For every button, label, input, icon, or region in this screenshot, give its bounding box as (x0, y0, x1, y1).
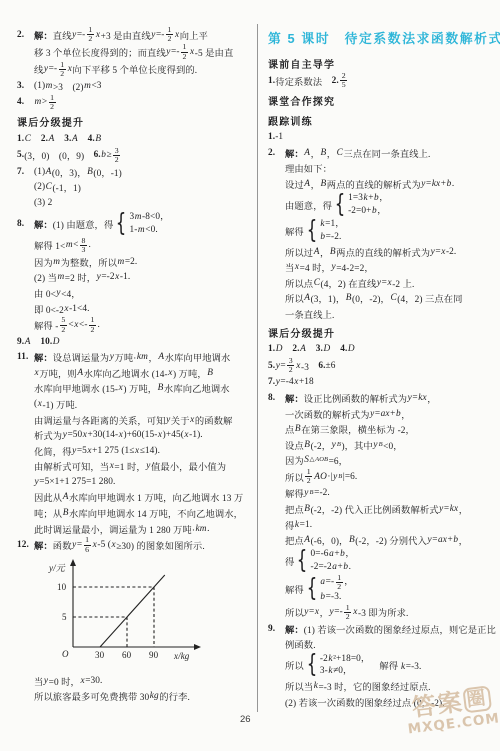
fraction: 52 (60, 316, 67, 333)
x-tick-30: 30 (95, 650, 105, 660)
math-variable: y (96, 272, 101, 282)
math-variable: B (320, 148, 327, 158)
math-variable: x (168, 368, 173, 378)
math-variable: b (343, 561, 349, 574)
math-variable: A (45, 167, 52, 177)
system-row: -2=-2a+b. (311, 561, 355, 574)
text-line: 所以旅客最多可免费携带 30 kg 的行李. (17, 688, 254, 704)
text-line: 9.解：(1) 若该一次函数的图象经过原点，则它是正比 (268, 621, 496, 637)
y-tick-5: 5 (62, 612, 67, 622)
math-variable: m (84, 81, 92, 91)
text-line: 3.(1) m>3 (2) m<3 (17, 78, 254, 94)
text-line: 因此从 A 水库向甲地调水 1 万吨，向乙地调水 13 万 (17, 490, 254, 506)
text-line: 化简，得 y=5x+1 275 (1≤x≤14). (17, 443, 254, 459)
bold-text: 2. (41, 134, 48, 144)
text-line: (2) 当 m=2 时，y=-2x-1. (17, 270, 254, 286)
math-variable: b (101, 150, 107, 160)
item-number: 9. (268, 624, 285, 634)
math-variable: ax (438, 535, 448, 545)
math-variable: B (378, 441, 383, 448)
math-variable: k (328, 653, 333, 666)
watermark-brand-badge: 圈 (462, 685, 492, 713)
system-prefix: 由题意，得 (285, 198, 332, 212)
system-row: -2=0+b， (348, 205, 389, 218)
system-row: a=-12， (320, 574, 354, 591)
item-number: 2. (268, 148, 285, 158)
fraction: 12 (181, 43, 188, 60)
math-variable: AO (314, 472, 328, 482)
item-number: 7. (17, 167, 34, 177)
math-variable: m (34, 97, 42, 107)
math-variable: y (43, 64, 48, 74)
math-variable: m (53, 257, 61, 267)
section-heading: 课后分级提升 (17, 113, 254, 131)
fraction: 12 (166, 26, 173, 43)
math-variable: k (313, 681, 318, 691)
bold-text: 解： (285, 622, 304, 636)
math-variable: C (336, 148, 343, 158)
math-variable: kx (449, 504, 458, 514)
math-variable: y (427, 535, 432, 545)
math-variable: k (401, 662, 406, 672)
text-line: 7. y=-4x+18 (268, 375, 496, 391)
x-tick-60: 60 (122, 650, 132, 660)
text-line: 解得 -52<x<-12. (17, 316, 254, 333)
math-variable: A (304, 293, 311, 303)
text-line: 11.解：设总调运量为 y 万吨·km，A 水库向甲地调水 (17, 349, 254, 365)
text-line: 所以 12AO·|yB|=6. (268, 468, 496, 485)
text-line: 1. D 2. A 3. D 4. D (268, 342, 496, 358)
watermark-logo: 答案圈 MXQE.COM (403, 685, 500, 738)
math-variable: y (146, 461, 151, 471)
math-variable: D (323, 344, 331, 354)
math-variable: B (309, 489, 314, 496)
system-row: b=-3. (320, 591, 354, 604)
text-line: 由解析式可知，当 x=1 时，y 值最小，最小值为 (17, 459, 254, 475)
math-variable: y (43, 676, 48, 686)
page-number: 26 (240, 714, 251, 725)
math-variable: x (80, 676, 85, 686)
text-line: 2.解：直线 y=-12x+3 是由直线 y=-12x 向上平 (17, 26, 254, 43)
bold-text: 1. (268, 76, 275, 86)
math-variable: kx (431, 179, 440, 189)
math-variable: D (347, 344, 355, 354)
math-variable: A (48, 134, 55, 144)
math-variable: C (390, 293, 397, 303)
math-variable: m (137, 224, 145, 237)
system-brace: { (335, 192, 346, 217)
system-prefix: 得 (285, 554, 294, 568)
fraction: 32 (113, 147, 120, 164)
math-variable: A (24, 337, 31, 347)
math-variable: m (57, 272, 65, 282)
math-variable: D (275, 344, 283, 354)
text-line: 此时调运量最小，调运量为 1 280 万吨·km. (17, 521, 254, 537)
math-variable: x (37, 399, 42, 409)
math-variable: x (184, 430, 189, 440)
math-variable: A (71, 134, 78, 144)
math-variable: y (331, 262, 336, 272)
column-divider (257, 24, 258, 712)
math-variable: A (304, 148, 311, 158)
system-rows: a=-12，b=-3. (320, 574, 354, 604)
math-variable: x (111, 540, 116, 550)
bold-text: 解： (34, 350, 53, 364)
system-row: 3-k≠0， (320, 665, 370, 678)
text-line: 7.(1) A (0，3)，B (0，-1) (17, 164, 254, 180)
math-variable: B (62, 508, 69, 518)
equation-system: 8.解：(1) 由题意，得 {3m-8<0，1-m<0. (17, 211, 254, 237)
math-variable: y (421, 179, 426, 189)
y-axis-arrow-icon (70, 559, 76, 566)
math-variable: y (439, 504, 444, 514)
math-variable: b (395, 409, 401, 419)
math-variable: y (62, 430, 67, 440)
section-heading: 跟踪训练 (268, 111, 496, 129)
math-variable: x (115, 272, 120, 282)
math-variable: x (441, 247, 446, 257)
system-prefix: 解得 (285, 582, 304, 596)
text-line: (2) C (-1，1) (17, 180, 254, 196)
system-brace: { (307, 576, 318, 601)
math-variable: x (294, 262, 299, 272)
math-variable: m (117, 257, 125, 267)
math-variable: a (329, 548, 335, 561)
text-line: 即 0<-2x-1<4. (17, 301, 254, 317)
math-variable: k (320, 218, 325, 231)
text-line: x 万吨，则 A 水库向乙地调水 (14-x) 万吨，B (17, 365, 254, 381)
math-variable: A (313, 247, 320, 257)
math-variable: y (370, 409, 375, 419)
bold-text: 9. (17, 337, 24, 347)
math-variable: A (300, 344, 307, 354)
text-line: 设点 B (-2，yB)，其中 yB<0， (268, 437, 496, 453)
math-variable: b (453, 535, 459, 545)
section-heading: 课堂合作探究 (268, 91, 496, 109)
bold-text: 解： (34, 28, 53, 42)
section-heading: 课前自主导学 (268, 54, 496, 72)
text-line: 点 B 在第三象限，横坐标为 -2， (268, 421, 496, 437)
math-variable: x (118, 383, 123, 393)
bold-text: 7. (268, 377, 275, 387)
math-variable: x (387, 278, 392, 288)
math-variable: y (166, 415, 171, 425)
section-heading: 课后分级提升 (268, 324, 496, 342)
text-line: 所以 y=x，y=-12x-3 即为所求. (268, 604, 496, 621)
math-variable: y (72, 540, 77, 550)
fraction: 32 (287, 357, 294, 374)
math-variable: b (372, 205, 378, 218)
math-variable: x (157, 430, 162, 440)
item-number: 8. (268, 393, 285, 403)
math-variable: b (374, 192, 380, 205)
math-variable: x (118, 430, 123, 440)
text-line: 12.解：函数 y=16x-5 (x≥30) 的图象如图所示. (17, 536, 254, 553)
math-variable: y (275, 361, 280, 371)
equation-system: 得 {0=-6a+b，-2=-2a+b. (268, 548, 496, 574)
math-variable: y (56, 288, 61, 298)
text-line: 理由如下： (268, 161, 496, 177)
math-variable: k (328, 665, 333, 678)
math-variable: y (329, 607, 334, 617)
math-variable: AOB (315, 456, 329, 463)
text-line: 所以点 C (4，2) 在直线 y=x-2 上. (268, 275, 496, 291)
right-column: 第 5 课时 待定系数法求函数解析式 课前自主导学1. 待定系数法 2. 25课… (268, 26, 496, 709)
math-variable: y (72, 30, 77, 40)
math-variable: C (24, 134, 31, 144)
text-line: 所以过 A，B 两点的直线的解析式为 y=x-2. (268, 244, 496, 260)
text-line: 例函数. (268, 637, 496, 653)
x-axis-label: x/kg (173, 651, 190, 661)
math-variable: x (92, 540, 97, 550)
text-line: 析式为 y=50x+30(14-x)+60(15-x)+45(x-1). (17, 427, 254, 443)
system-row: 0=-6a+b， (311, 548, 355, 561)
bold-text: 解： (34, 538, 53, 552)
text-line: 解得 1<m<83. (17, 237, 254, 254)
left-column: 2.解：直线 y=-12x+3 是由直线 y=-12x 向上平移 3 个单位长度… (17, 26, 254, 704)
system-prefix: 所以 (285, 658, 304, 672)
math-variable: x (296, 361, 301, 371)
math-variable: C (313, 278, 320, 288)
math-variable: y (34, 477, 39, 487)
bold-text: 3. (316, 344, 323, 354)
math-variable: a (332, 561, 338, 574)
fraction: 12 (87, 26, 94, 43)
equation-system: 所以 {-2k²+18=0，3-k≠0，解得 k=-3. (268, 652, 496, 678)
math-variable: B (207, 368, 214, 378)
math-variable: x (314, 607, 319, 617)
text-line: 一次函数的解析式为 y=ax+b， (268, 406, 496, 422)
math-variable: A (304, 179, 311, 189)
system-row: 1-m<0. (129, 224, 169, 237)
text-line: 5. y=32x-3 6. ±6 (268, 357, 496, 374)
bold-text: 3. (64, 134, 71, 144)
system-suffix: 解得 k=-3. (379, 658, 421, 672)
workbook-page: 2.解：直线 y=-12x+3 是由直线 y=-12x 向上平移 3 个单位长度… (0, 0, 500, 751)
math-variable: B (345, 293, 352, 303)
text-line: y=5×1+1 275=1 280. (17, 474, 254, 490)
text-line: 一条直线上. (268, 306, 496, 322)
bold-text: 2. (292, 344, 299, 354)
text-line: 设过 A，B 两点的直线的解析式为 y=kx+b. (268, 176, 496, 192)
math-variable: y (430, 247, 435, 257)
math-variable: A (304, 535, 311, 545)
bold-text: 5. (268, 361, 275, 371)
system-brace: { (307, 653, 318, 678)
math-variable: y (376, 278, 381, 288)
fraction: 12 (336, 574, 343, 591)
math-variable: y (407, 393, 412, 403)
math-variable: x (64, 304, 69, 314)
math-variable: y (275, 377, 280, 387)
bold-text: 解： (34, 221, 53, 231)
math-variable: B (304, 504, 311, 514)
math-variable: x (353, 607, 358, 617)
math-variable: b (320, 231, 326, 244)
item-number: 4. (17, 97, 34, 107)
math-variable: C (45, 182, 52, 192)
fraction: 12 (89, 316, 96, 333)
math-variable: x (87, 446, 92, 456)
system-row: 3m-8<0， (129, 211, 169, 224)
math-variable: y (72, 446, 77, 456)
bold-text: 4. (88, 134, 95, 144)
item-number: 8. (17, 219, 34, 229)
subscript: B (378, 442, 383, 449)
fraction: 25 (340, 72, 347, 89)
math-variable: A (62, 492, 69, 502)
system-rows: k=1，b=-2. (320, 218, 345, 243)
fraction: 12 (344, 604, 351, 621)
math-variable: B (320, 179, 327, 189)
text-line: 由 0<y<4， (17, 285, 254, 301)
math-variable: y (304, 607, 309, 617)
math-variable: m (65, 240, 73, 250)
math-variable: km (136, 352, 148, 362)
bold-text: 解： (285, 391, 304, 405)
text-line: 1. -1 (268, 129, 496, 145)
subscript: B (338, 474, 343, 481)
subscript: △AOB (310, 457, 329, 464)
math-variable: kx (418, 393, 427, 403)
math-variable: x (190, 47, 195, 57)
right-column-lines: 课前自主导学1. 待定系数法 2. 25课堂合作探究跟踪训练1. -12.解：A… (268, 54, 496, 709)
system-brace: { (116, 211, 127, 236)
math-variable: x (175, 30, 180, 40)
text-line: 1. 待定系数法 2. 25 (268, 72, 496, 89)
item-number: 3. (17, 81, 34, 91)
system-prefix: 解得 (285, 224, 304, 238)
text-line: 因为 m 为整数，所以 m=2. (17, 254, 254, 270)
math-variable: B (294, 424, 301, 434)
math-variable: B (338, 473, 343, 480)
system-rows: 0=-6a+b，-2=-2a+b. (311, 548, 355, 573)
math-variable: x (109, 461, 114, 471)
math-variable: x (190, 415, 195, 425)
math-variable: k (363, 192, 368, 205)
bold-text: 解： (285, 146, 304, 160)
bold-text: 1. (268, 132, 275, 142)
equation-system: 解得 {a=-12，b=-3. (268, 574, 496, 604)
text-line: 4.m>12 (17, 94, 254, 111)
y-tick-10: 10 (57, 582, 67, 592)
bold-text: 6. (318, 361, 325, 371)
text-line: 9. A 10. D (17, 334, 254, 350)
text-line: 所以 A (3，1)，B (0，-2)，C (4，2) 三点在同 (268, 291, 496, 307)
system-row: b=-2. (320, 231, 345, 244)
math-variable: A (77, 368, 84, 378)
text-line: 吨；从 B 水库向甲地调水 14 万吨，不向乙地调水， (17, 505, 254, 521)
math-variable: a (320, 576, 326, 589)
math-variable: y (109, 352, 114, 362)
system-prefix: 解：(1) 由题意，得 (34, 217, 113, 231)
system-rows: 3m-8<0，1-m<0. (129, 211, 169, 236)
math-variable: m (134, 211, 142, 224)
equation-system: 由题意，得 {1=3k+b，-2=0+b， (268, 192, 496, 218)
math-variable: x (294, 377, 299, 387)
text-line: 当 x=4 时，y=4-2=2， (268, 259, 496, 275)
math-variable: x (34, 368, 39, 378)
function-line (100, 575, 165, 647)
math-variable: x (95, 30, 100, 40)
math-variable: m (45, 81, 53, 91)
math-variable: b (340, 548, 346, 561)
bold-text: 10. (40, 337, 52, 347)
fraction: 83 (80, 237, 87, 254)
text-line: 因为 S△AOB=6， (268, 453, 496, 469)
text-line: 5. (3，0) (0，9) 6. b≥32 (17, 147, 254, 164)
text-line: (3) 2 (17, 195, 254, 211)
item-number: 11. (17, 352, 34, 362)
system-row: k=1， (320, 218, 345, 231)
bold-text: 1. (17, 134, 24, 144)
math-variable: x (67, 64, 72, 74)
math-variable: B (348, 535, 355, 545)
text-line: 2.解：A，B，C 三点在同一条直线上. (268, 145, 496, 161)
math-variable: x (135, 446, 140, 456)
x-tick-90: 90 (149, 650, 159, 660)
text-line: 把点 B (-2，-2) 代入正比例函数解析式 y=kx， (268, 501, 496, 517)
math-variable: y (151, 30, 156, 40)
fraction: 12 (59, 61, 66, 78)
bold-text: 5. (17, 150, 24, 160)
math-variable: B (157, 383, 164, 393)
item-number: 2. (17, 30, 34, 40)
y-axis-label: y/元 (48, 563, 66, 573)
math-variable: b (320, 591, 326, 604)
text-line: 线 y=-12x 向下平移 5 个单位长度得到的. (17, 61, 254, 78)
fare-chart-svg: y/元105O306090x/kg (43, 557, 221, 669)
math-variable: b (446, 179, 452, 189)
x-axis-arrow-icon (194, 644, 201, 650)
system-brace: { (307, 218, 318, 243)
math-variable: B (95, 134, 102, 144)
fraction: 16 (84, 536, 91, 553)
bold-text: 6. (94, 150, 101, 160)
subscript: B (336, 442, 341, 449)
text-line: 8.解：设正比例函数的解析式为 y=kx， (268, 390, 496, 406)
equation-system: 解得 {k=1，b=-2. (268, 218, 496, 244)
math-variable: y (166, 47, 171, 57)
fraction: 12 (49, 94, 56, 111)
text-line: 移 3 个单位长度得到的；而直线 y=-12x-5 是由直 (17, 43, 254, 60)
system-brace: { (297, 548, 308, 573)
math-variable: x (74, 320, 79, 330)
bold-text: 1. (268, 344, 275, 354)
origin-label: O (62, 649, 69, 659)
lesson-title: 第 5 课时 待定系数法求函数解析式 (268, 28, 496, 47)
math-variable: D (52, 337, 60, 347)
math-variable: B (329, 247, 336, 257)
text-line: 解得 yB=-2. (268, 486, 496, 502)
text-line: 当 y=0 时，x=30. (17, 673, 254, 689)
system-row: -2k²+18=0， (320, 653, 370, 666)
system-row: 1=3k+b， (348, 192, 389, 205)
text-line: 1. C 2. A 3. A 4. B (17, 131, 254, 147)
system-rows: 1=3k+b，-2=0+b， (348, 192, 389, 217)
system-rows: -2k²+18=0，3-k≠0， (320, 653, 370, 678)
text-line: 水库向甲地调水 (15-x) 万吨，B 水库向乙地调水 (17, 381, 254, 397)
math-variable: A (158, 352, 165, 362)
math-variable: B (336, 441, 341, 448)
subscript: B (309, 490, 314, 497)
fare-line-chart: y/元105O306090x/kg (43, 557, 254, 672)
math-variable: B (87, 167, 94, 177)
math-variable: ax (380, 409, 390, 419)
text-line: 得 k=1. (268, 517, 496, 533)
text-line: (x-1) 万吨. (17, 396, 254, 412)
math-variable: kg (149, 691, 159, 701)
